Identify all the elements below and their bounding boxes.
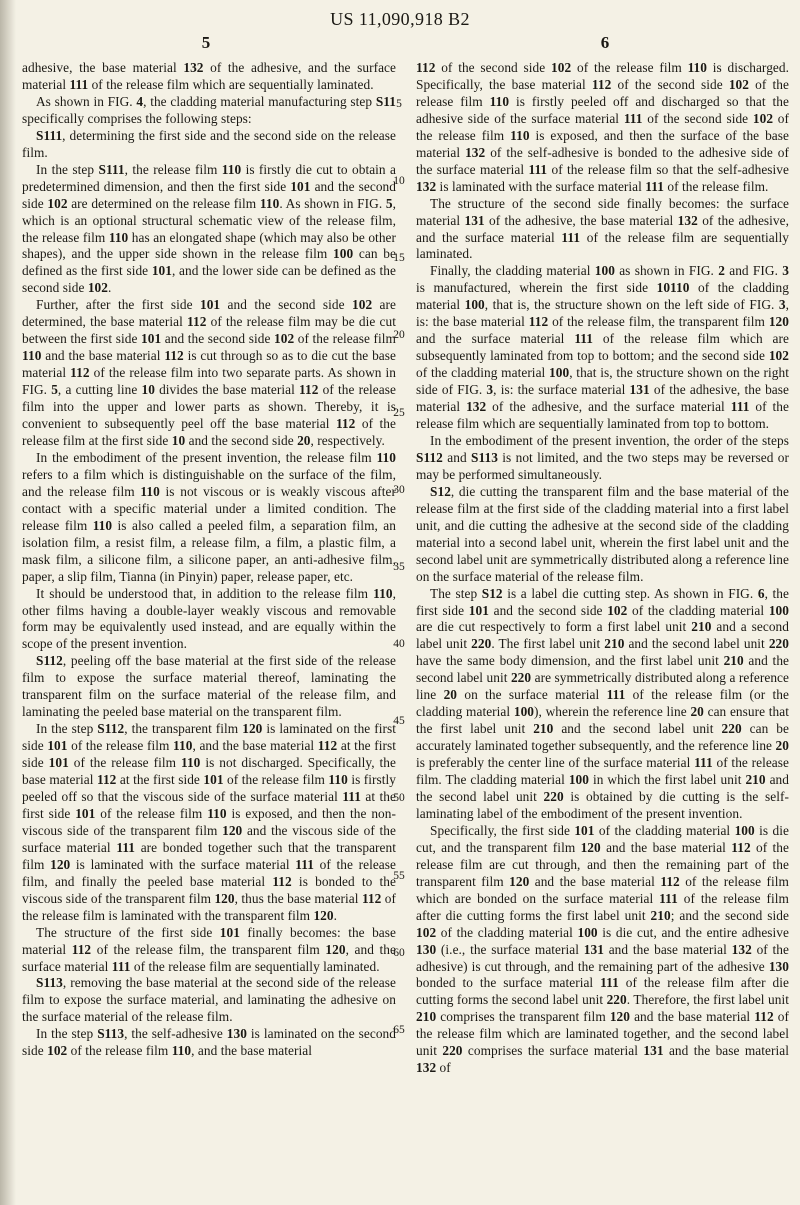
paragraph: S112, peeling off the base material at t…	[22, 653, 396, 721]
paragraph: S12, die cutting the transparent film an…	[416, 484, 789, 586]
line-number: 35	[385, 561, 413, 573]
right-text-column: 112 of the second side 102 of the releas…	[416, 60, 789, 1077]
paragraph: In the step S111, the release film 110 i…	[22, 162, 396, 298]
line-number: 10	[385, 175, 413, 187]
paragraph: Finally, the cladding material 100 as sh…	[416, 263, 789, 433]
line-number: 25	[385, 407, 413, 419]
paragraph: The structure of the second side finally…	[416, 196, 789, 264]
paragraph: Further, after the first side 101 and th…	[22, 297, 396, 450]
line-number: 65	[385, 1024, 413, 1036]
paragraph: Specifically, the first side 101 of the …	[416, 823, 789, 1077]
patent-page: US 11,090,918 B2 5 6 adhesive, the base …	[0, 0, 800, 1205]
line-number-gutter: 5101520253035404550556065	[385, 98, 413, 1036]
paragraph: In the step S112, the transparent film 1…	[22, 721, 396, 924]
line-number: 15	[385, 252, 413, 264]
scan-edge-shadow	[0, 0, 16, 1205]
line-number: 60	[385, 947, 413, 959]
column-number-left: 5	[186, 33, 226, 53]
paragraph: S111, determining the first side and the…	[22, 128, 396, 162]
paragraph: adhesive, the base material 132 of the a…	[22, 60, 396, 94]
paragraph: In the embodiment of the present inventi…	[416, 433, 789, 484]
paragraph: As shown in FIG. 4, the cladding materia…	[22, 94, 396, 128]
line-number: 45	[385, 715, 413, 727]
paragraph: The structure of the first side 101 fina…	[22, 925, 396, 976]
paragraph: The step S12 is a label die cutting step…	[416, 586, 789, 823]
paragraph: In the step S113, the self-adhesive 130 …	[22, 1026, 396, 1060]
paragraph: In the embodiment of the present inventi…	[22, 450, 396, 586]
paragraph: S113, removing the base material at the …	[22, 975, 396, 1026]
line-number: 5	[385, 98, 413, 110]
line-number: 50	[385, 792, 413, 804]
left-text-column: adhesive, the base material 132 of the a…	[22, 60, 396, 1060]
paragraph: 112 of the second side 102 of the releas…	[416, 60, 789, 196]
patent-number-header: US 11,090,918 B2	[0, 9, 800, 30]
line-number: 55	[385, 870, 413, 882]
line-number: 40	[385, 638, 413, 650]
paragraph: It should be understood that, in additio…	[22, 586, 396, 654]
line-number: 30	[385, 484, 413, 496]
column-number-right: 6	[585, 33, 625, 53]
line-number: 20	[385, 329, 413, 341]
